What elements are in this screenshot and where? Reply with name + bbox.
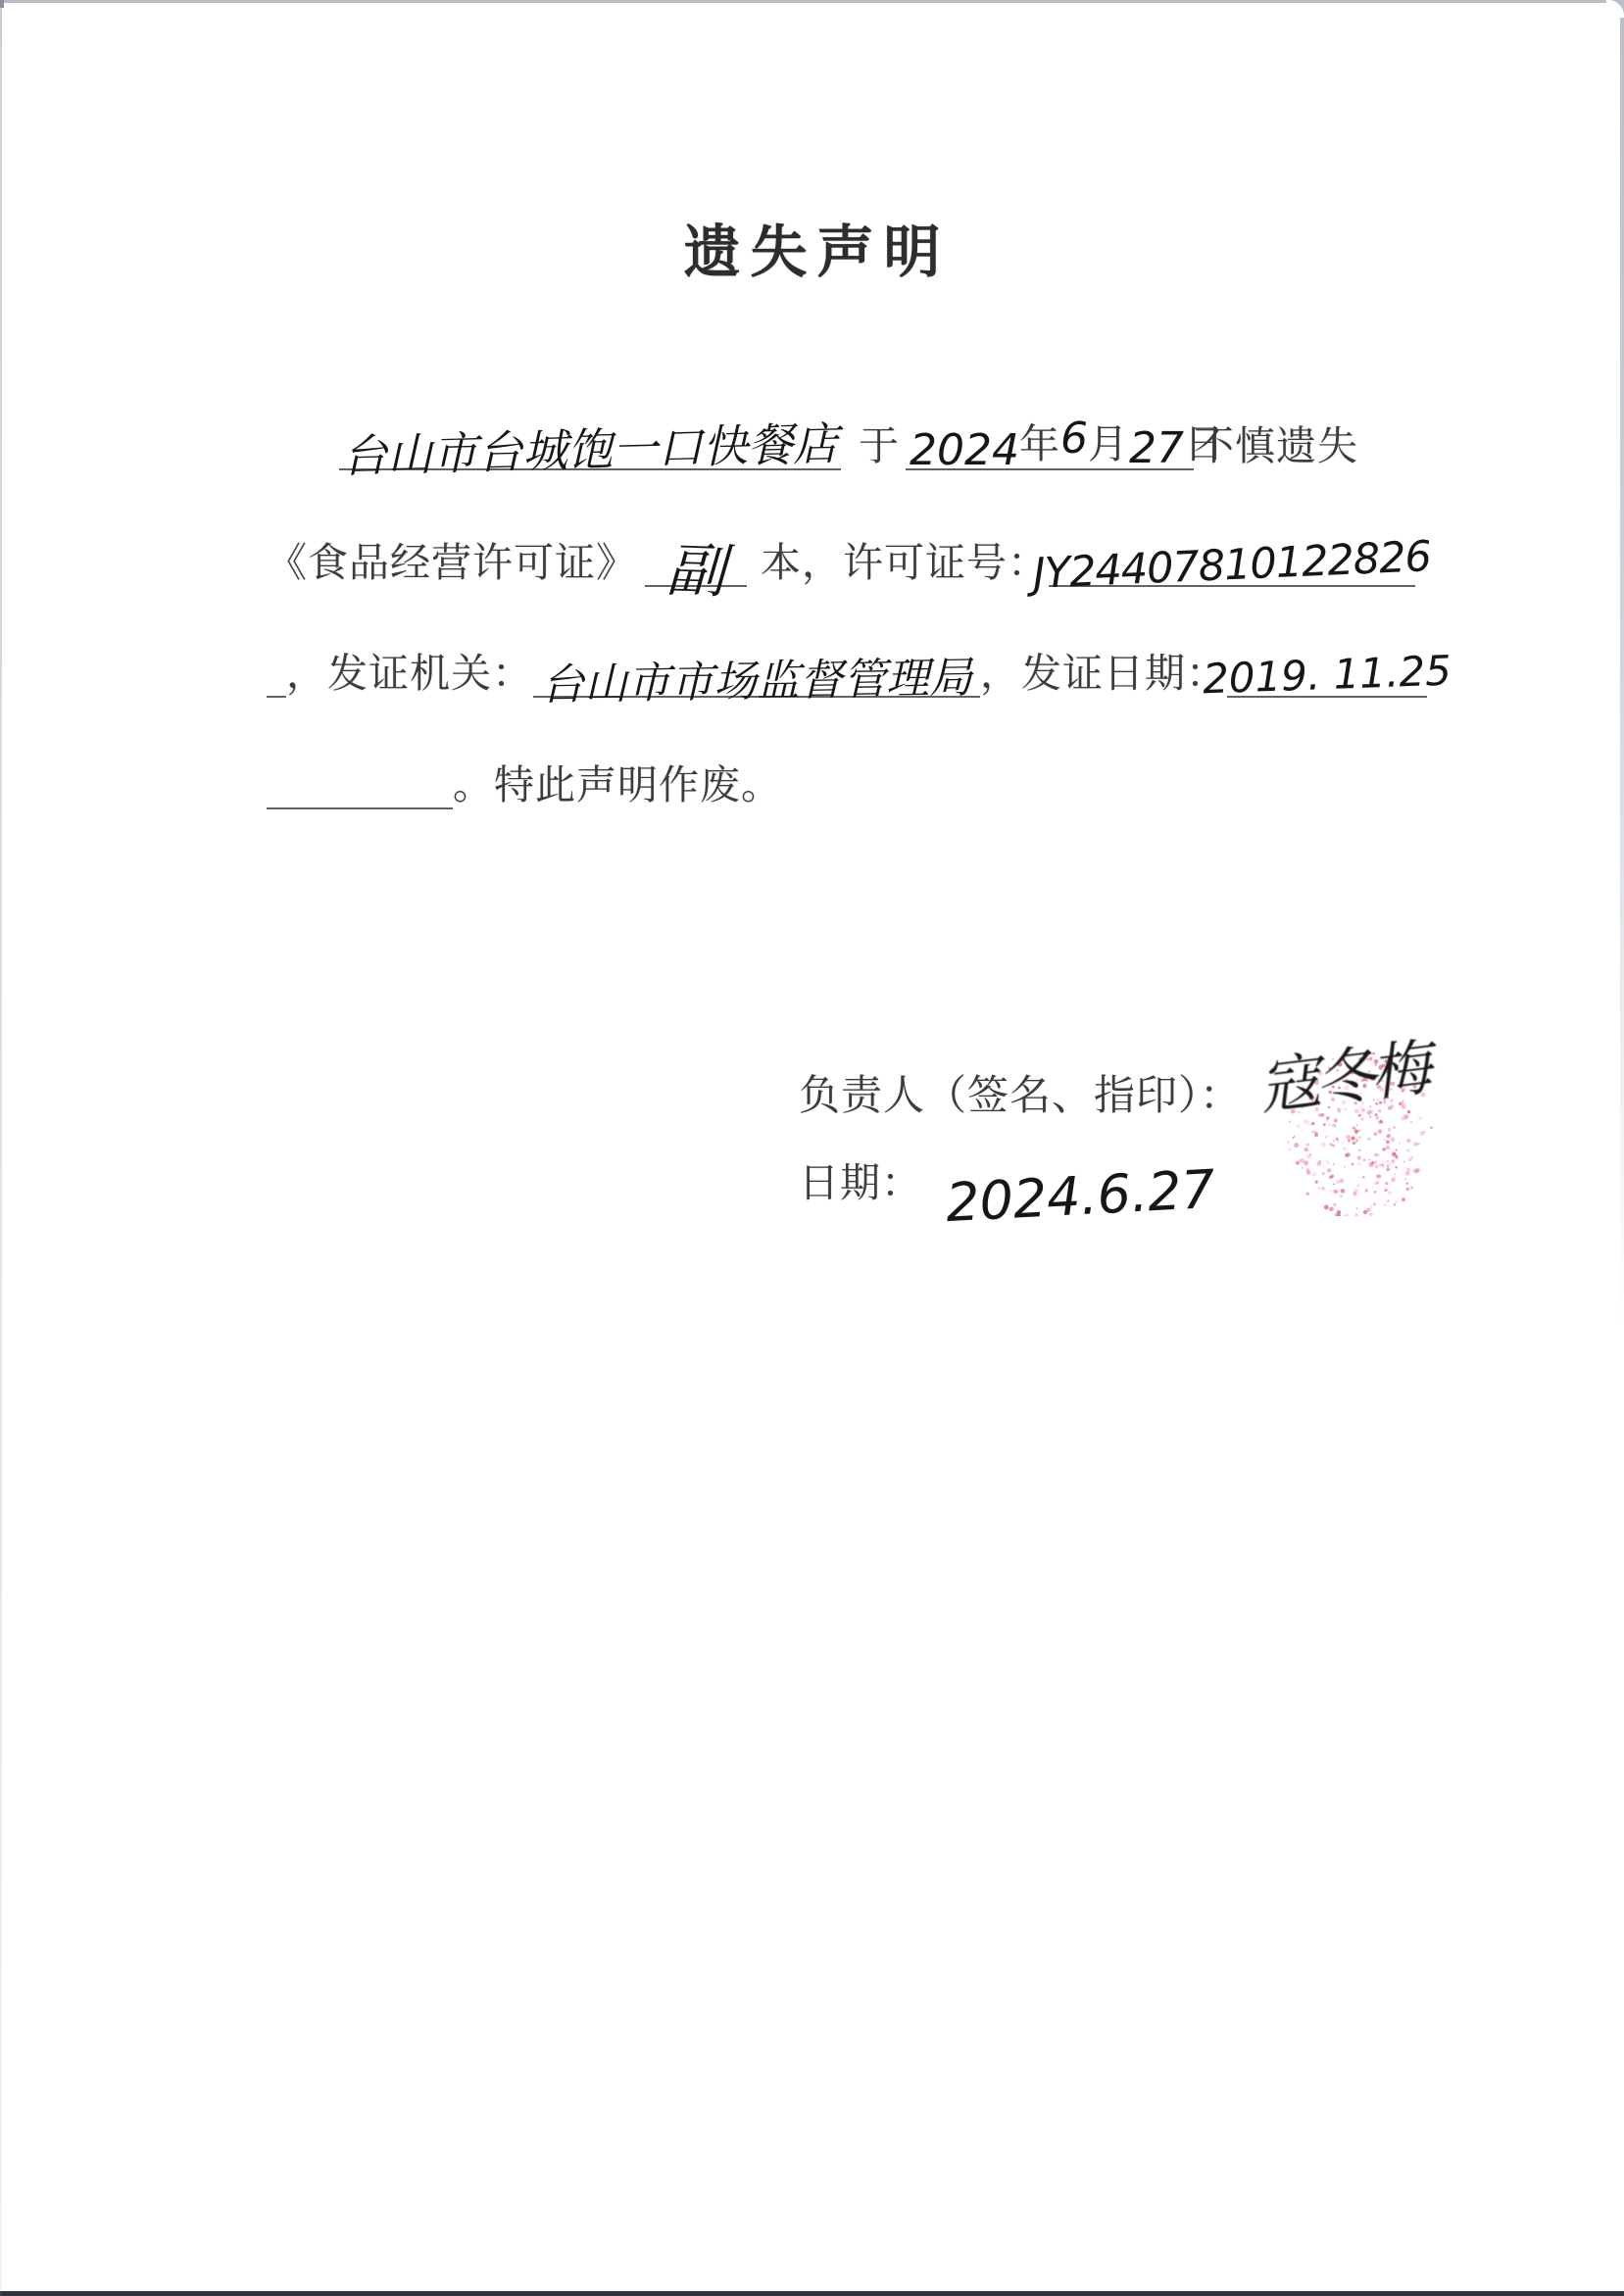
business-name-blank: 台山市台城饱一口快餐店 [339, 427, 841, 470]
scan-edge-right [1620, 0, 1624, 1332]
scan-corner-top-right [1606, 0, 1624, 18]
signer-label: 负责人（签名、指印）： [799, 1076, 1242, 1121]
loss-date-blank: 2024 年 6 月 27 日 [906, 417, 1194, 470]
form-line-3: ， 发证机关： 台山市市场监督管理局 ， 发证日期： 2019. 11.25 [267, 637, 1427, 698]
copy-type-blank: 副 [645, 542, 747, 587]
license-number-label: 本，许可证号： [761, 543, 1049, 587]
year-label: 年 [1019, 424, 1060, 468]
scan-edge-left [0, 0, 2, 2296]
comma-separator: ， [286, 654, 327, 698]
loss-month-handwriting: 6 [1060, 417, 1088, 461]
license-number-blank: JY24407810122826 [1049, 545, 1415, 587]
signer-row: 负责人（签名、指印）： [799, 1058, 1242, 1121]
loss-day-handwriting: 27 [1129, 427, 1184, 470]
comma-separator-2: ， [980, 654, 1021, 698]
signature-date-handwriting: 2024.6.27 [945, 1163, 1216, 1230]
scan-edge-bottom [0, 2291, 1624, 2296]
scan-corner-mark [0, 0, 4, 8]
prefix-yu: 于 [859, 426, 900, 470]
month-label: 月 [1088, 424, 1129, 468]
issue-date-handwriting: 2019. 11.25 [1202, 651, 1452, 701]
scan-edge-top [0, 0, 1624, 3]
signature-date-row: 日期： 2024.6.27 [799, 1145, 1215, 1207]
empty-continuation-blank [267, 807, 453, 809]
issuer-handwriting: 台山市市场监督管理局 [541, 657, 973, 708]
date-label: 日期： [799, 1163, 922, 1207]
loss-year-handwriting: 2024 [910, 429, 1019, 472]
issue-date-label: 发证日期： [1021, 654, 1227, 698]
scanned-document-page: 遗失声明 台山市台城饱一口快餐店 于 2024 年 6 月 27 日 不慎遗失 … [0, 0, 1624, 2296]
page-title: 遗失声明 [0, 206, 1624, 288]
wrap-underline-stub [267, 696, 286, 698]
loss-statement-suffix: 不慎遗失 [1194, 426, 1358, 470]
copy-type-handwriting: 副 [665, 541, 726, 602]
closing-statement: 。特此声明作废。 [453, 765, 782, 809]
issuer-blank: 台山市市场监督管理局 [533, 660, 980, 698]
business-name-handwriting: 台山市台城饱一口快餐店 [341, 420, 838, 478]
license-number-handwriting: JY24407810122826 [1032, 536, 1431, 596]
issue-date-blank: 2019. 11.25 [1227, 655, 1427, 698]
form-line-2: 《食品经营许可证》 副 本，许可证号： JY24407810122826 [267, 526, 1415, 587]
issuer-label: 发证机关： [327, 654, 533, 698]
form-line-1: 台山市台城饱一口快餐店 于 2024 年 6 月 27 日 不慎遗失 [267, 410, 1384, 470]
form-line-4: 。特此声明作废。 [267, 749, 782, 809]
license-title: 《食品经营许可证》 [267, 543, 637, 587]
